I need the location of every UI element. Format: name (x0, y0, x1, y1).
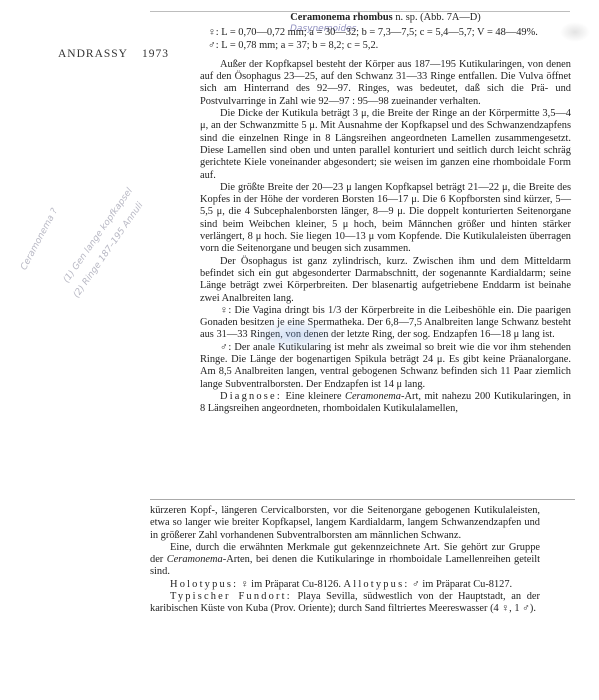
margin-annotation: Ceramonema ? (19, 207, 60, 272)
genus-name: Ceramonema (167, 554, 223, 565)
author-citation: ANDRASSY1973 (58, 48, 169, 60)
diagnose-continuation: kürzeren Kopf-, längeren Cervicalborsten… (150, 505, 540, 542)
holotype-text: ♀ im Präparat Cu-8126. (238, 579, 343, 590)
publication-year: 1973 (142, 48, 169, 60)
species-name: Ceramonema rhombus (290, 12, 392, 23)
paragraph-diagnose: Diagnose: Eine kleinere Ceramonema-Art, … (200, 391, 571, 416)
species-description-upper: Ceramonema rhombus n. sp. (Abb. 7A—D) ♀:… (200, 12, 571, 416)
page-break-rule (150, 499, 575, 500)
male-measurements: ♂: L = 0,78 mm; a = 37; b = 8,2; c = 5,2… (200, 40, 571, 52)
paragraph-locality: Typischer Fundort: Playa Sevilla, südwes… (150, 591, 540, 616)
paragraph-male: ♂: Der anale Kutikularing ist mehr als z… (200, 342, 571, 391)
paragraph-types: Holotypus: ♀ im Präparat Cu-8126. Alloty… (150, 579, 540, 591)
species-suffix: n. sp. (Abb. 7A—D) (393, 12, 481, 23)
species-title: Ceramonema rhombus n. sp. (Abb. 7A—D) (200, 12, 571, 24)
author-name: ANDRASSY (58, 48, 128, 60)
paragraph-oesophagus: Der Ösophagus ist ganz zylindrisch, kurz… (200, 256, 571, 305)
allotype-label: Allotypus: (344, 579, 410, 590)
holotype-label: Holotypus: (170, 579, 238, 590)
paragraph-remark: Eine, durch die erwähnten Merkmale gut g… (150, 542, 540, 579)
diagnose-label: Diagnose: (220, 391, 282, 402)
paragraph-rings: Außer der Kopfkapsel besteht der Körper … (200, 59, 571, 108)
paragraph-head: Die größte Breite der 20—23 μ langen Kop… (200, 182, 571, 256)
female-measurements: ♀: L = 0,70—0,72 mm; a = 30—32; b = 7,3—… (200, 27, 571, 39)
paragraph-female: ♀: Die Vagina dringt bis 1/3 der Körperb… (200, 305, 571, 342)
locality-label: Typischer Fundort: (170, 591, 292, 602)
allotype-text: ♂ im Präparat Cu-8127. (409, 579, 512, 590)
paragraph-cuticle: Die Dicke der Kutikula beträgt 3 μ, die … (200, 108, 571, 182)
genus-name: Ceramonema (345, 391, 401, 402)
species-description-lower: kürzeren Kopf-, längeren Cervicalborsten… (150, 505, 540, 616)
diagnose-text: Eine kleinere (282, 391, 345, 402)
